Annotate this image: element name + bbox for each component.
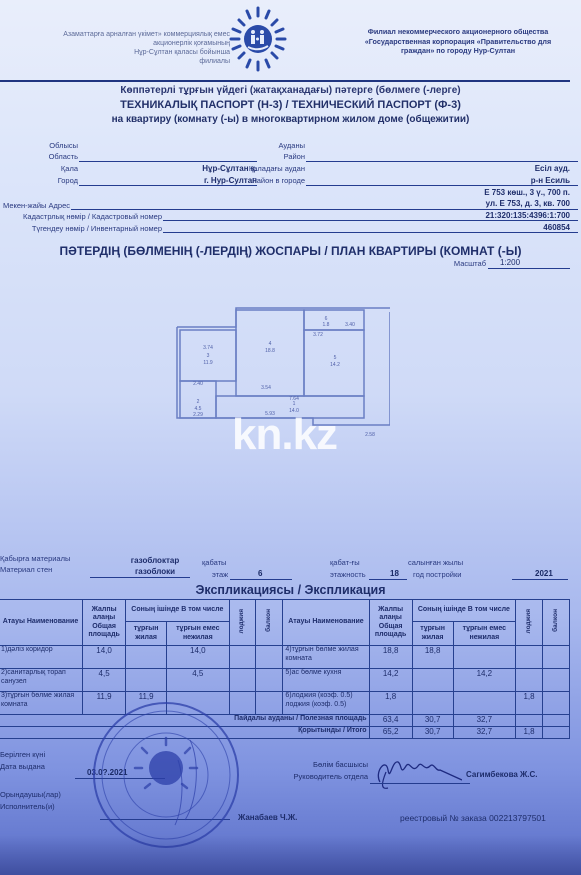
- col-balcony-header: балкон: [256, 600, 283, 646]
- header-right-line: «Государственная корпорация «Правительст…: [338, 37, 578, 47]
- header-left-line: Азаматтарға арналған үкімет» коммерциялы…: [40, 30, 230, 48]
- cell-balcony: [543, 669, 570, 692]
- floors-value: 18: [390, 569, 399, 578]
- room-6-area: 1.8: [323, 322, 330, 328]
- grand-total-row: Қорытынды / Итого 65,2 30,7 32,7 1,8: [0, 727, 570, 739]
- executor-label-kz: Орындаушы(лар): [0, 790, 61, 799]
- sun-family-logo-icon: [228, 2, 288, 78]
- col-name-header: Атауы Наименование: [0, 600, 83, 646]
- loggia-label: лоджия: [238, 609, 247, 633]
- year-label-kz: салынған жылы: [408, 558, 463, 567]
- address-value-kz: Е 753 көш., 3 ү., 700 п.: [380, 188, 570, 197]
- cadastral-label: Кадастрлық нөмір / Кадастровый номер: [0, 212, 162, 221]
- explication-table: Атауы Наименование Жалпы алаңы Общая пло…: [0, 599, 570, 739]
- head-name: Сагимбекова Ж.С.: [466, 770, 538, 779]
- oblast-underline: [79, 161, 257, 162]
- cell-name: 5)ас бөлме кухня: [283, 669, 369, 692]
- floor-label-kz: қабаты: [202, 558, 226, 567]
- cell-loggia: 1,8: [516, 692, 543, 715]
- scale-label: Масштаб: [420, 259, 486, 268]
- cell-loggia: [229, 646, 256, 669]
- city-district-underline: [306, 185, 578, 186]
- useful-living: 30,7: [412, 715, 453, 727]
- grand-loggia: 1,8: [516, 727, 543, 739]
- head-label-kz: Бөлім басшысы: [300, 760, 368, 769]
- room-5-num: 5: [334, 355, 337, 361]
- cell-name: 1)дәліз коридор: [0, 646, 83, 669]
- dim-text: 2.29: [193, 412, 203, 418]
- cell-balcony: [543, 692, 570, 715]
- floors-underline: [369, 579, 407, 580]
- year-value: 2021: [535, 569, 553, 578]
- technical-passport-document: Азаматтарға арналған үкімет» коммерциялы…: [0, 0, 581, 875]
- header-left-line: филиалы: [40, 57, 230, 66]
- col-living-header: тұрғын жилая: [126, 622, 167, 646]
- city-district-value-kz: Есіл ауд.: [400, 164, 570, 173]
- col-total-header: Жалпы алаңы Общая площадь: [83, 600, 126, 646]
- col-living-header: тұрғын жилая: [412, 622, 453, 646]
- loggia-label: лоджия: [525, 609, 534, 633]
- room-5-area: 14.2: [330, 362, 340, 368]
- col-incl-header: Соның ішінде В том числе: [126, 600, 229, 622]
- table-row: 3)тұрғын бөлме жилая комната 11,9 11,9 6…: [0, 692, 570, 715]
- header-left-org: Азаматтарға арналған үкімет» коммерциялы…: [40, 30, 230, 66]
- col-nonliving-header: тұрғын емес нежилая: [453, 622, 515, 646]
- inventory-underline: [163, 232, 578, 233]
- doc-title-ru: на квартиру (комнату (-ы) в многоквартир…: [0, 114, 581, 125]
- floors-label-kz: қабат-ғы: [330, 558, 360, 567]
- useful-total: 63,4: [369, 715, 412, 727]
- balcony-label: балкон: [552, 609, 561, 632]
- scale-underline: [488, 268, 570, 269]
- dim-text: 3.74: [203, 345, 213, 351]
- col-nonliving-header: тұрғын емес нежилая: [167, 622, 229, 646]
- wall-material-underline: [90, 577, 190, 578]
- cell-balcony: [256, 692, 283, 715]
- header-right-line: Филиал некоммерческого акционерного обще…: [338, 27, 578, 37]
- scale-value: 1:200: [500, 258, 520, 267]
- wall-material-value-ru: газоблоки: [100, 567, 210, 576]
- address-label: Мекен-жайы Адрес: [0, 201, 70, 210]
- dim-text: 3.40: [345, 322, 355, 328]
- cadastral-underline: [163, 220, 578, 221]
- audan-label-kz: Ауданы: [230, 141, 305, 150]
- dim-text: 7.64: [289, 396, 299, 402]
- floor-value: 6: [258, 569, 262, 578]
- issued-label-kz: Берілген күні: [0, 750, 45, 759]
- photo-shadow: [0, 835, 581, 875]
- city-label-ru: Город: [20, 176, 78, 185]
- wall-material-label-ru: Материал стен: [0, 565, 52, 574]
- cell-name: 2)санитарлық торап санузел: [0, 669, 83, 692]
- cell-nonliving: [453, 692, 515, 715]
- doc-title-main: ТЕХНИКАЛЫҚ ПАСПОРТ (Н-3) / ТЕХНИЧЕСКИЙ П…: [0, 99, 581, 111]
- room-4-num: 4: [269, 341, 272, 347]
- cell-nonliving: 14,0: [167, 646, 229, 669]
- city-underline: [79, 185, 257, 186]
- col-incl-header: Соның ішінде В том числе: [412, 600, 515, 622]
- floor-label-ru: этаж: [212, 570, 228, 579]
- issued-label-ru: Дата выдана: [0, 762, 45, 771]
- cell-balcony: [256, 646, 283, 669]
- header-left-line: Нұр-Сұлтан қаласы бойынша: [40, 48, 230, 57]
- oblast-label-kz: Облысы: [20, 141, 78, 150]
- audan-underline: [306, 161, 578, 162]
- balcony-label: балкон: [265, 609, 274, 632]
- header-right-org: Филиал некоммерческого акционерного обще…: [338, 27, 578, 56]
- head-label-ru: Руководитель отдела: [260, 772, 368, 781]
- explication-title: Экспликациясы / Экспликация: [0, 583, 581, 597]
- cell-living: 18,8: [412, 646, 453, 669]
- oblast-label-ru: Область: [20, 152, 78, 161]
- cell-loggia: [229, 669, 256, 692]
- room-2-num: 2: [197, 399, 200, 405]
- cell-loggia: [516, 669, 543, 692]
- header-right-line: граждан» по городу Нур-Султан: [338, 46, 578, 56]
- table-row: 2)санитарлық торап санузел 4,5 4,5 5)ас …: [0, 669, 570, 692]
- col-loggia-header: лоджия: [516, 600, 543, 646]
- dim-text: 2.58: [365, 432, 375, 438]
- table-row: 1)дәліз коридор 14,0 14,0 4)тұрғын бөлме…: [0, 646, 570, 669]
- signature-icon: [372, 752, 462, 792]
- dim-text: 3.72: [313, 332, 323, 338]
- floor-underline: [230, 579, 292, 580]
- plan-title: ПӘТЕРДІҢ (БӨЛМЕНІҢ (-ЛЕРДІҢ) ЖОСПАРЫ / П…: [0, 244, 581, 258]
- floors-label-ru: этажность: [330, 570, 366, 579]
- cell-nonliving: [453, 646, 515, 669]
- cell-name: 3)тұрғын бөлме жилая комната: [0, 692, 83, 715]
- room-4-area: 18.8: [265, 348, 275, 354]
- address-value-ru: ул. Е 753, д. 3, кв. 700: [380, 199, 570, 208]
- executor-label-ru: Исполнитель(и): [0, 802, 55, 811]
- kn-kz-watermark: kn.kz: [232, 410, 337, 460]
- grand-balcony: [543, 727, 570, 739]
- col-loggia-header: лоджия: [229, 600, 256, 646]
- official-stamp-icon: [90, 700, 242, 850]
- cell-balcony: [256, 669, 283, 692]
- inventory-value: 460854: [380, 223, 570, 232]
- cell-name: 6)лоджия (коэф. 0.5) лоджия (коэф. 0.5): [283, 692, 369, 715]
- executor-name: Жанабаев Ч.Ж.: [238, 813, 297, 822]
- room-3-num: 3: [207, 353, 210, 359]
- col-balcony-header: балкон: [543, 600, 570, 646]
- registry-number: реестровый № заказа 002213797501: [400, 813, 546, 823]
- col-total-header: Жалпы алаңы Общая площадь: [369, 600, 412, 646]
- year-label-ru: год постройки: [413, 570, 461, 579]
- cell-total: 14,0: [83, 646, 126, 669]
- city-district-value-ru: р-н Есиль: [400, 176, 570, 185]
- grand-total: 65,2: [369, 727, 412, 739]
- grand-nonliving: 32,7: [453, 727, 515, 739]
- city-district-label-ru: Район в городе: [230, 176, 305, 185]
- cell-living: [412, 669, 453, 692]
- cell-nonliving: 14,2: [453, 669, 515, 692]
- year-underline: [512, 579, 568, 580]
- cell-nonliving: 4,5: [167, 669, 229, 692]
- city-label-kz: Қала: [20, 164, 78, 173]
- cell-total: 14,2: [369, 669, 412, 692]
- wall-material-label-kz: Қабырға материалы: [0, 554, 70, 563]
- head-underline: [370, 783, 470, 784]
- useful-area-row: Пайдалы ауданы / Полезная площадь 63,4 3…: [0, 715, 570, 727]
- cell-living: [126, 669, 167, 692]
- cell-living: [412, 692, 453, 715]
- cell-total: 4,5: [83, 669, 126, 692]
- room-3-area: 11.9: [203, 360, 213, 366]
- cell-total: 1,8: [369, 692, 412, 715]
- grand-living: 30,7: [412, 727, 453, 739]
- useful-balcony: [543, 715, 570, 727]
- cell-balcony: [543, 646, 570, 669]
- col-name-header: Атауы Наименование: [283, 600, 369, 646]
- city-district-label-kz: Қаладағы аудан: [230, 164, 305, 173]
- doc-title-kz: Көппәтерлі тұрғын үйдегі (жатақханадағы)…: [0, 85, 581, 96]
- inventory-label: Түгендеу нөмір / Инвентарный номер: [0, 224, 162, 233]
- cell-loggia: [516, 646, 543, 669]
- cadastral-value: 21:320:135:4396:1:700: [380, 211, 570, 220]
- useful-loggia: [516, 715, 543, 727]
- useful-nonliving: 32,7: [453, 715, 515, 727]
- header-divider: [0, 80, 570, 82]
- cell-total: 18,8: [369, 646, 412, 669]
- audan-label-ru: Район: [230, 152, 305, 161]
- dim-text: 2.40: [193, 381, 203, 387]
- dim-text: 3.54: [261, 385, 271, 391]
- cell-name: 4)тұрғын бөлме жилая комната: [283, 646, 369, 669]
- wall-material-value-kz: газоблоктар: [100, 556, 210, 565]
- cell-living: [126, 646, 167, 669]
